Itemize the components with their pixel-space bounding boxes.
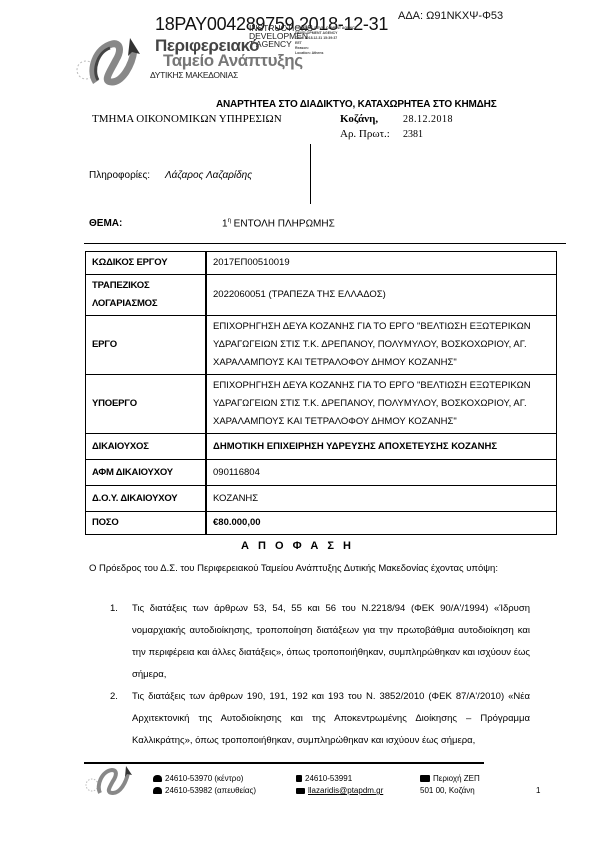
table-row: ΠΟΣΟ €80.000,00 — [86, 512, 557, 535]
info-contact-name: Λάζαρος Λαζαρίδης — [165, 170, 252, 181]
email-link[interactable]: llazaridis@ptapdm.gr — [308, 786, 383, 795]
row-value: 2017ΕΠ00510019 — [206, 252, 557, 275]
row-key: ΚΩΔΙΚΟΣ ΕΡΓΟΥ — [86, 252, 207, 275]
vertical-divider — [310, 144, 311, 204]
horizontal-rule — [84, 243, 566, 244]
phone-icon — [153, 775, 162, 782]
list-item: 2.Τις διατάξεις των άρθρων 190, 191, 192… — [132, 686, 530, 752]
row-key: ΑΦΜ ΔΙΚΑΙΟΥΧΟΥ — [86, 460, 207, 486]
table-row: ΥΠΟΕΡΓΟ ΕΠΙΧΟΡΗΓΗΣΗ ΔΕΥΑ ΚΟΖΑΝΗΣ ΓΙΑ ΤΟ … — [86, 375, 557, 434]
city-label: Κοζάνη, — [340, 113, 378, 125]
table-row: ΔΙΚΑΙΟΥΧΟΣ ΔΗΜΟΤΙΚΗ ΕΠΙΧΕΙΡΗΣΗ ΥΔΡΕΥΣΗΣ … — [86, 434, 557, 460]
table-row: ΚΩΔΙΚΟΣ ΕΡΓΟΥ 2017ΕΠ00510019 — [86, 252, 557, 275]
footer-address: Περιοχή ΖΕΠ 501 00, Κοζάνη — [420, 773, 480, 797]
row-value: 090116804 — [206, 460, 557, 486]
list-item-text: Τις διατάξεις των άρθρων 53, 54, 55 και … — [132, 603, 530, 680]
subject-label: ΘΕΜΑ: — [89, 218, 122, 229]
fax-icon — [296, 775, 302, 782]
table-row: Δ.Ο.Υ. ΔΙΚΑΙΟΥΧΟΥ ΚΟΖΑΝΗΣ — [86, 486, 557, 512]
address-line1: Περιοχή ΖΕΠ — [420, 773, 480, 785]
organization-logo-icon — [74, 30, 144, 92]
row-value: €80.000,00 — [206, 512, 557, 535]
address-line2: 501 00, Κοζάνη — [420, 785, 480, 797]
footer-rule — [84, 762, 484, 764]
digital-signature-block: REGIONAL DEVELOPMENT AGENCY DEVELOPMENT … — [295, 26, 357, 56]
subject-text: 1η ΕΝΤΟΛΗ ΠΛΗΡΩΜΗΣ — [222, 218, 335, 229]
list-item-number: 1. — [110, 598, 118, 620]
fax: 24610-53991 — [296, 773, 383, 785]
email: llazaridis@ptapdm.gr — [296, 785, 383, 797]
logo-title-line2: Ταμείο Ανάπτυξης — [163, 51, 303, 71]
protocol-number: 2381 — [403, 129, 423, 140]
list-item: 1.Τις διατάξεις των άρθρων 53, 54, 55 κα… — [132, 598, 530, 686]
decision-title: Α Π Ο Φ Α Σ Η — [0, 540, 595, 552]
footer-logo-icon — [84, 765, 142, 795]
payment-details-table: ΚΩΔΙΚΟΣ ΕΡΓΟΥ 2017ΕΠ00510019 ΤΡΑΠΕΖΙΚΟΣ … — [85, 251, 557, 535]
table-row: ΤΡΑΠΕΖΙΚΟΣ ΛΟΓΑΡΙΑΣΜΟΣ 2022060051 (ΤΡΑΠΕ… — [86, 275, 557, 316]
ada-code: ΑΔΑ: Ω91ΝΚΧΨ-Φ53 — [398, 10, 503, 22]
logo-subtitle: ΔΥΤΙΚΗΣ ΜΑΚΕΔΟΝΙΑΣ — [150, 70, 238, 80]
row-value: ΔΗΜΟΤΙΚΗ ΕΠΙΧΕΙΡΗΣΗ ΥΔΡΕΥΣΗΣ ΑΠΟΧΕΤΕΥΣΗΣ… — [206, 434, 557, 460]
row-key: Δ.Ο.Υ. ΔΙΚΑΙΟΥΧΟΥ — [86, 486, 207, 512]
row-value: ΕΠΙΧΟΡΗΓΗΣΗ ΔΕΥΑ ΚΟΖΑΝΗΣ ΓΙΑ ΤΟ ΕΡΓΟ "ΒΕ… — [206, 375, 557, 434]
location-icon — [420, 775, 430, 782]
decision-intro: Ο Πρόεδρος του Δ.Σ. του Περιφερειακού Τα… — [89, 558, 559, 580]
row-key: ΠΟΣΟ — [86, 512, 207, 535]
phone-icon — [153, 787, 162, 794]
department-name: ΤΜΗΜΑ ΟΙΚΟΝΟΜΙΚΩΝ ΥΠΗΡΕΣΙΩΝ — [92, 113, 282, 125]
row-value: ΚΟΖΑΝΗΣ — [206, 486, 557, 512]
subject-title: ΕΝΤΟΛΗ ΠΛΗΡΩΜΗΣ — [231, 218, 335, 229]
list-item-number: 2. — [110, 686, 118, 708]
row-value: 2022060051 (ΤΡΑΠΕΖΑ ΤΗΣ ΕΛΛΑΔΟΣ) — [206, 275, 557, 316]
phone-main-text: 24610-53970 (κέντρο) — [165, 774, 243, 783]
row-key: ΤΡΑΠΕΖΙΚΟΣ ΛΟΓΑΡΙΑΣΜΟΣ — [86, 275, 207, 316]
protocol-label: Αρ. Πρωτ.: — [340, 128, 390, 140]
footer-contact: 24610-53991 llazaridis@ptapdm.gr — [296, 773, 383, 797]
address-line1-text: Περιοχή ΖΕΠ — [433, 774, 480, 783]
document-date: 28.12.2018 — [403, 114, 453, 125]
row-key: ΕΡΓΟ — [86, 316, 207, 375]
footer-phones: 24610-53970 (κέντρο) 24610-53982 (απευθε… — [153, 773, 256, 797]
fax-text: 24610-53991 — [305, 774, 352, 783]
post-notice: ΑΝΑΡΤΗΤΕΑ ΣΤΟ ΔΙΑΔΙΚΤΥΟ, ΚΑΤΑΧΩΡΗΤΕΑ ΣΤΟ… — [216, 99, 497, 110]
table-row: ΕΡΓΟ ΕΠΙΧΟΡΗΓΗΣΗ ΔΕΥΑ ΚΟΖΑΝΗΣ ΓΙΑ ΤΟ ΕΡΓ… — [86, 316, 557, 375]
phone-main: 24610-53970 (κέντρο) — [153, 773, 256, 785]
row-key: ΔΙΚΑΙΟΥΧΟΣ — [86, 434, 207, 460]
list-item-text: Τις διατάξεις των άρθρων 190, 191, 192 κ… — [132, 691, 530, 746]
row-value: ΕΠΙΧΟΡΗΓΗΣΗ ΔΕΥΑ ΚΟΖΑΝΗΣ ΓΙΑ ΤΟ ΕΡΓΟ "ΒΕ… — [206, 316, 557, 375]
phone-direct: 24610-53982 (απευθείας) — [153, 785, 256, 797]
mail-icon — [296, 788, 305, 794]
page-number: 1 — [536, 786, 540, 795]
row-key: ΥΠΟΕΡΓΟ — [86, 375, 207, 434]
phone-direct-text: 24610-53982 (απευθείας) — [165, 786, 256, 795]
table-row: ΑΦΜ ΔΙΚΑΙΟΥΧΟΥ 090116804 — [86, 460, 557, 486]
info-label: Πληροφορίες: — [89, 170, 150, 181]
considerations-list: 1.Τις διατάξεις των άρθρων 53, 54, 55 κα… — [110, 598, 530, 752]
